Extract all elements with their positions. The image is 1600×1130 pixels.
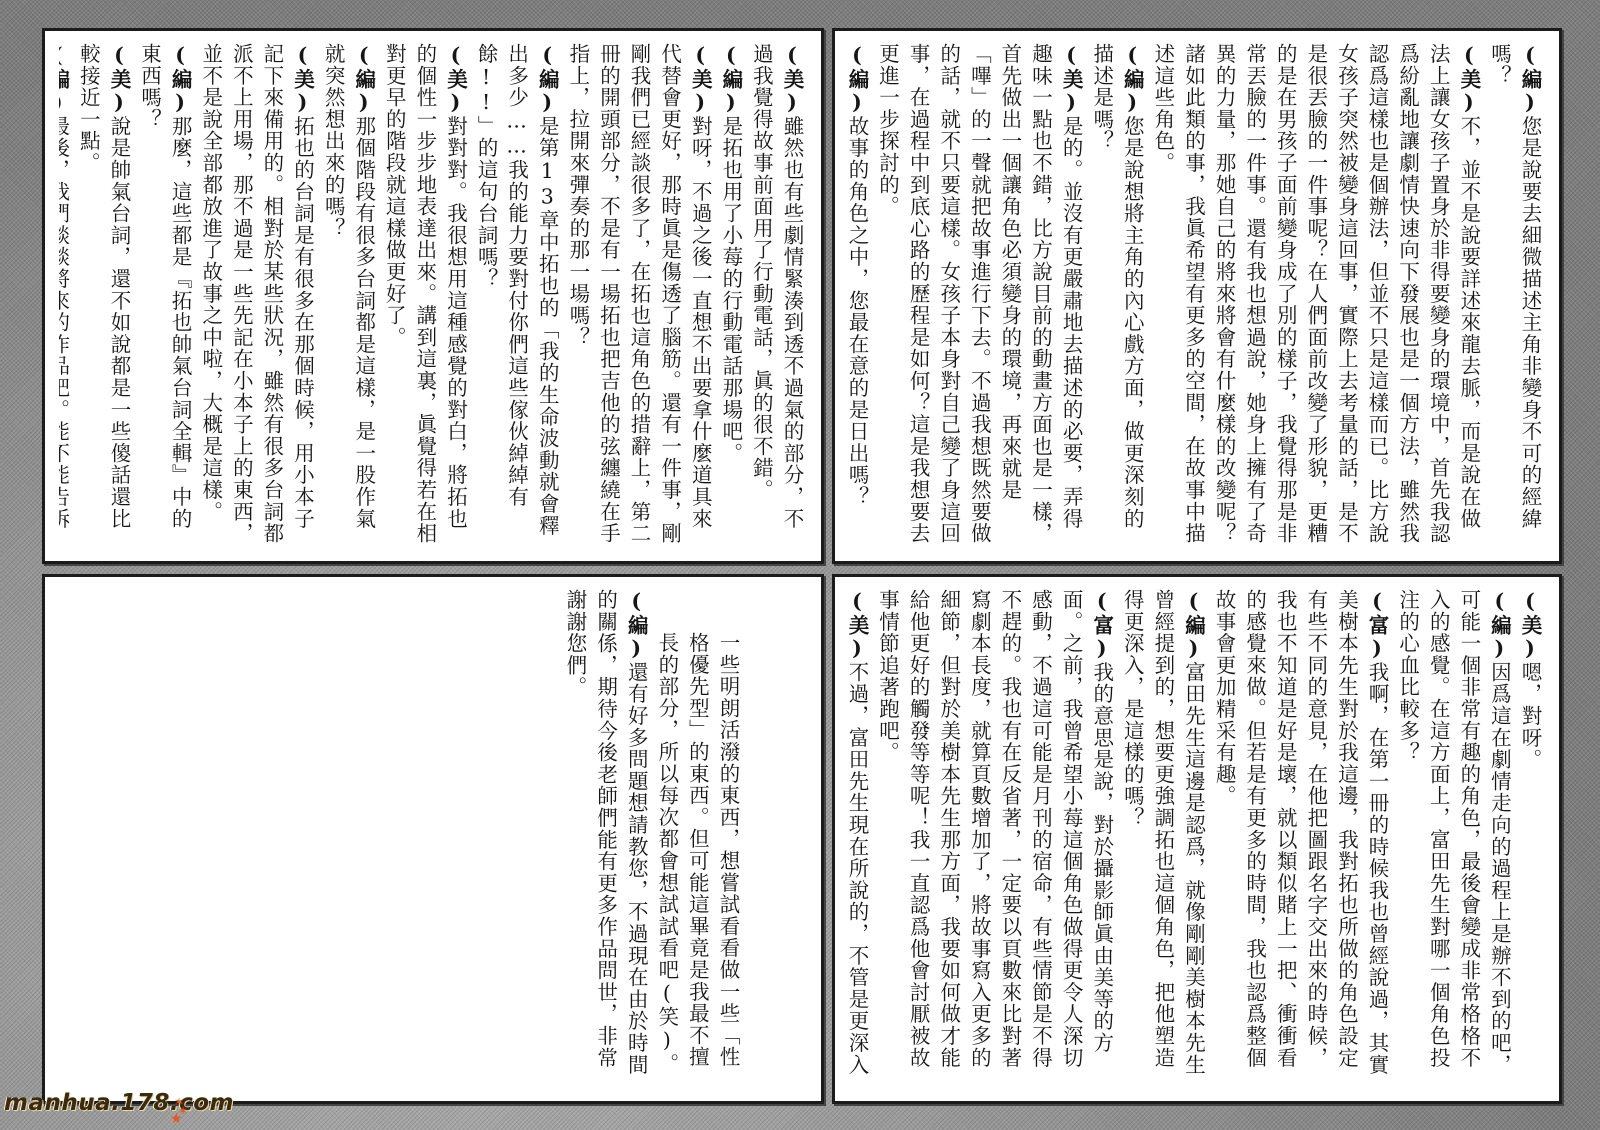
entry-text: 拓也的台詞是有很多在那個時候，用小本子記下來備用的。相對於某些狀況，雖然有很多台… (199, 43, 315, 544)
interview-entry: (編)還有好多問題想請教您，不過現在由於時間的關係，期待今後老師們能有更多作品問… (559, 589, 651, 1089)
panel-top-right-text: (編)您是說要去細微描述主角非變身不可的經緯嗎？ (美)不，並不是說要詳述來龍去… (849, 43, 1545, 549)
entry-text: 對呀，不過之後一直想不出要拿什麼道具來代替會更好，那時眞是傷透了腦筋。還有一件事… (566, 43, 712, 544)
interview-entry: (美)對呀，不過之後一直想不出要拿什麼道具來代替會更好，那時眞是傷透了腦筋。還有… (562, 43, 715, 549)
speaker-label: (美) (1457, 43, 1481, 115)
interview-entry: (美)對對對。我很想用這種感覺的對白，將拓也的個性一步步地表達出來。講到這裏，眞… (379, 43, 471, 549)
entry-text: 是的。並沒有更嚴肅地去描述的必要，弄得趣味一點也不錯，比方說目前的動畫方面也是一… (876, 43, 1084, 544)
speaker-label: (編) (1518, 43, 1542, 115)
interview-entry: (美)雖然也有些劇情緊湊到透不過氣的部分，不過我覺得故事前面用了行動電話，眞的很… (746, 43, 807, 549)
entry-text: 是拓也用了小莓的行動電話那場吧。 (719, 115, 743, 464)
interview-entry: (美)拓也的台詞是有很多在那個時候，用小本子記下來備用的。相對於某些狀況，雖然有… (195, 43, 317, 549)
interview-entry: (編)是拓也用了小莓的行動電話那場吧。 (715, 43, 746, 549)
entry-text: 還有好多問題想請教您，不過現在由於時間的關係，期待今後老師們能有更多作品問世，非… (563, 589, 648, 1076)
entry-text: 您是說要去細微描述主角非變身不可的經緯嗎？ (1487, 43, 1542, 530)
entry-text: 嗯，對呀。 (1518, 661, 1542, 770)
interview-entry: (編)富田先生這邊是認爲，就像剛剛美樹本先生曾經提到的，想要更強調拓也這個角色，… (1117, 589, 1209, 1089)
speaker-label: (富) (1365, 589, 1389, 661)
entry-text: 那麼，這些都是『拓也帥氣台詞全輯』中的東西嗎？ (138, 43, 193, 530)
entry-text: 富田先生這邊是認爲，就像剛剛美樹本先生曾經提到的，想要更強調拓也這個角色，把他塑… (1120, 589, 1205, 1076)
panel-bottom-right-text: (美)嗯，對呀。 (編)因爲這在劇情走向的過程上是辦不到的吧，可能一個非常有趣的… (849, 589, 1545, 1089)
entry-text: 不過，富田先生現在所說的，不管是更深入刻繪角色的細節方面，故事進行的流暢度等等，… (849, 589, 869, 1076)
interview-entry: (編)那麼，這些都是『拓也帥氣台詞全輯』中的東西嗎？ (134, 43, 195, 549)
panel-bottom-right: (美)嗯，對呀。 (編)因爲這在劇情走向的過程上是辦不到的吧，可能一個非常有趣的… (832, 574, 1562, 1104)
entry-text: 雖然也有些劇情緊湊到透不過氣的部分，不過我覺得故事前面用了行動電話，眞的很不錯。 (749, 43, 804, 530)
speaker-label: (編) (624, 589, 648, 661)
speaker-label: (美) (780, 43, 804, 115)
entry-text: 我啊，在第一冊的時候我也曾經說過，其實美樹本先生對於我這邊，我對拓也所做的角色設… (1212, 589, 1389, 1076)
panel-bottom-left-text: 一些明朗活潑的東西，想嘗試看看做一些「性格優先型」的東西。但可能這畢竟是我最不擅… (59, 589, 743, 1089)
interview-entry: (編)您是說要去細微描述主角非變身不可的經緯嗎？ (1484, 43, 1545, 549)
speaker-label: (美) (107, 43, 131, 115)
interview-entry: (編)故事的角色之中，您最在意的是日出嗎？ (849, 43, 872, 549)
speaker-label: (編) (1487, 589, 1511, 661)
entry-text: 一些明朗活潑的東西，想嘗試看看做一些「性格優先型」的東西。但可能這畢竟是我最不擅… (655, 632, 740, 1075)
speaker-label: (編) (719, 43, 743, 115)
interview-entry: (美)不過，富田先生現在所說的，不管是更深入刻繪角色的細節方面，故事進行的流暢度… (849, 589, 872, 1089)
interview-entry: (美)嗯，對呀。 (1514, 589, 1545, 1089)
speaker-label: (美) (443, 43, 467, 115)
entry-text: 因爲這在劇情走向的過程上是辦不到的吧，可能一個非常有趣的角色，最後會變成非常格格… (1396, 589, 1512, 1076)
entry-text: 說是帥氣台詞，還不如說都是一些傻話還比較接近一點。 (76, 43, 131, 530)
star-sparkle-icon: ✶ ✶ ★ (168, 1096, 188, 1126)
speaker-label: (美) (1059, 43, 1083, 115)
speaker-label: (美) (849, 589, 869, 661)
speaker-label: (美) (688, 43, 712, 115)
interview-entry: (美)不，並不是說要詳述來龍去脈，而是說在做法上讓女孩子置身於非得要變身的環境中… (1147, 43, 1484, 549)
speaker-label: (編) (168, 43, 192, 115)
panel-bottom-left: 一些明朗活潑的東西，想嘗試看看做一些「性格優先型」的東西。但可能這畢竟是我最不擅… (42, 574, 824, 1104)
entry-text: 我的意思是說，對於攝影師眞由美等的方面。之前，我曾希望小莓這個角色做得更令人深切… (876, 589, 1114, 1069)
entry-text: 故事的角色之中，您最在意的是日出嗎？ (849, 115, 869, 507)
watermark-logo: manhua.178.com (4, 1090, 234, 1116)
interview-entry-continued: 一些明朗活潑的東西，想嘗試看看做一些「性格優先型」的東西。但可能這畢竟是我最不擅… (651, 589, 743, 1089)
speaker-label: (編) (352, 43, 376, 115)
interview-entry: (富)我的意思是說，對於攝影師眞由美等的方面。之前，我曾希望小莓這個角色做得更令… (872, 589, 1117, 1089)
speaker-label: (美) (1518, 589, 1542, 661)
speaker-label: (編) (1120, 43, 1144, 115)
interview-entry: (美)說是帥氣台詞，還不如說都是一些傻話還比較接近一點。 (73, 43, 134, 549)
entry-text: 最後，我們談談將來的作品吧。能不能告訴我們一下，比方說想挑戰一下哪些方面的東西，… (59, 43, 70, 544)
interview-entry: (美)是的。並沒有更嚴肅地去描述的必要，弄得趣味一點也不錯，比方說目前的動畫方面… (872, 43, 1086, 549)
entry-text: 是第13章中拓也的「我的生命波動就會釋出多少……我的能力要對付你們這些傢伙綽綽有… (474, 43, 559, 537)
interview-entry: (富)我啊，在第一冊的時候我也曾經說過，其實美樹本先生對於我這邊，我對拓也所做的… (1208, 589, 1392, 1089)
entry-text: 那個階段有很多台詞都是這樣，是一股作氣就突然想出來的嗎？ (321, 43, 376, 530)
speaker-label: (編) (1181, 589, 1205, 661)
interview-entry: (編)您是說想將主角的內心戲方面，做更深刻的描述是嗎？ (1086, 43, 1147, 549)
entry-text: 您是說想將主角的內心戲方面，做更深刻的描述是嗎？ (1090, 43, 1145, 530)
interview-entry: (編)是第13章中拓也的「我的生命波動就會釋出多少……我的能力要對付你們這些傢伙… (470, 43, 562, 549)
interview-entry: (編)最後，我們談談將來的作品吧。能不能告訴我們一下，比方說想挑戰一下哪些方面的… (59, 43, 73, 549)
speaker-label: (編) (849, 43, 869, 115)
panel-top-left-text: (美)雖然也有些劇情緊湊到透不過氣的部分，不過我覺得故事前面用了行動電話，眞的很… (59, 43, 807, 549)
speaker-label: (編) (59, 43, 70, 115)
entry-text: 不，並不是說要詳述來龍去脈，而是說在做法上讓女孩子置身於非得要變身的環境中，首先… (1151, 43, 1481, 544)
panel-top-right: (編)您是說要去細微描述主角非變身不可的經緯嗎？ (美)不，並不是說要詳述來龍去… (832, 28, 1562, 564)
interview-entry: (編)那個階段有很多台詞都是這樣，是一股作氣就突然想出來的嗎？ (318, 43, 379, 549)
speaker-label: (美) (291, 43, 315, 115)
entry-text: 對對對。我很想用這種感覺的對白，將拓也的個性一步步地表達出來。講到這裏，眞覺得若… (382, 43, 467, 544)
interview-entry: (編)因爲這在劇情走向的過程上是辦不到的吧，可能一個非常有趣的角色，最後會變成非… (1392, 589, 1514, 1089)
panel-top-left: (美)雖然也有些劇情緊湊到透不過氣的部分，不過我覺得故事前面用了行動電話，眞的很… (42, 28, 824, 564)
speaker-label: (編) (535, 43, 559, 115)
speaker-label: (富) (1090, 589, 1114, 661)
